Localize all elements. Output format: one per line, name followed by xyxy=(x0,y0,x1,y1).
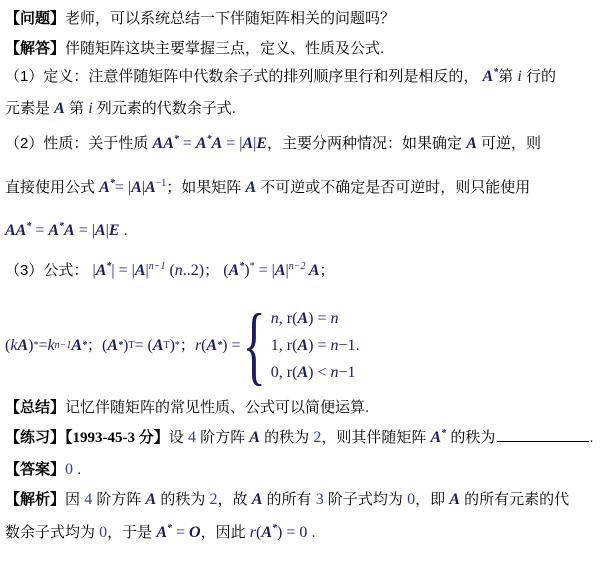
text-segment: A xyxy=(196,135,207,152)
text-segment: A xyxy=(54,100,65,117)
text-segment: ； xyxy=(320,262,335,279)
text-segment: 1993-45-3 xyxy=(73,430,139,446)
piecewise-row: 1, r(A) = n−1 xyxy=(271,333,356,359)
text-segment: 的所有 xyxy=(262,491,315,508)
text-segment: = ( xyxy=(134,335,152,357)
text-segment: −1 xyxy=(338,337,355,354)
text-segment: 【总结】 xyxy=(5,399,65,416)
text-segment: −1 xyxy=(338,364,355,381)
text-segment: ( xyxy=(165,262,174,279)
piecewise-rows: n, r(A) = n1, r(A) = n−10, r(A) < n−1 xyxy=(271,306,356,386)
text-segment: A xyxy=(297,310,308,327)
text-segment: A xyxy=(207,335,218,357)
text-segment: n−1 xyxy=(149,261,166,272)
text-segment: （1）定义：注意伴随矩阵中代数余子式的排列顺序里行和列是相反的， xyxy=(5,68,483,85)
text-segment: A xyxy=(145,179,156,196)
text-segment: ) < xyxy=(308,364,330,381)
text-segment: ； xyxy=(87,335,102,357)
text-segment: 的秩为 xyxy=(156,491,209,508)
text-segment: 因 xyxy=(65,491,84,508)
text-segment: k xyxy=(47,335,54,357)
line-formula-1: （3）公式： |A*| = |A|n−1 (n..2)； (A*)* = |A|… xyxy=(5,260,335,282)
text-segment: A xyxy=(297,364,308,381)
text-segment: 元素是 xyxy=(5,100,54,117)
text-segment: = xyxy=(172,524,189,541)
text-segment: A xyxy=(252,491,263,508)
text-segment: 记忆伴随矩阵的常见性质、公式可以简便运算. xyxy=(65,399,369,416)
text-segment: E xyxy=(256,135,267,152)
line-question: 【问题】老师，可以系统总结一下伴随矩阵相关的问题吗？ xyxy=(5,8,395,30)
text-segment: A xyxy=(96,262,107,279)
text-segment: A xyxy=(275,262,286,279)
text-segment: = xyxy=(222,135,239,152)
text-segment: = xyxy=(115,262,132,279)
text-segment: （2）性质：关于性质 xyxy=(5,135,153,152)
line-formula-2-piecewise: (kA)* = kn−1A*； (A*)T = (AT)*； r(A*) = {… xyxy=(5,306,360,386)
text-segment: A xyxy=(156,524,167,541)
text-segment: n xyxy=(330,310,338,327)
text-segment: 1, r( xyxy=(271,337,298,354)
piecewise-row: 0, r(A) < n−1 xyxy=(271,360,356,386)
text-segment: 阶子式均为 xyxy=(324,491,407,508)
line-property-1: （2）性质：关于性质 AA* = A*A = |A|E，主要分两种情况：如果确定… xyxy=(5,133,541,155)
piecewise-row: n, r(A) = n xyxy=(271,306,356,332)
text-segment: 设 xyxy=(169,429,188,446)
text-segment: 阶方阵 xyxy=(92,491,145,508)
text-segment: 列元素的代数余子式. xyxy=(93,100,236,117)
text-segment: = xyxy=(38,335,47,357)
text-segment: ) = xyxy=(308,337,330,354)
text-segment: 分】 xyxy=(139,429,169,446)
text-segment: 的所有元素的代 xyxy=(460,491,569,508)
text-segment: 0 xyxy=(65,461,73,478)
text-segment: A xyxy=(135,262,146,279)
text-segment: ；如果矩阵 xyxy=(166,179,245,196)
text-segment: A xyxy=(99,179,110,196)
line-definition-1: （1）定义：注意伴随矩阵中代数余子式的排列顺序里行和列是相反的， A*第 i 行… xyxy=(5,66,556,88)
text-segment: A xyxy=(466,135,477,152)
text-segment: = xyxy=(255,262,272,279)
text-segment: 【解析】 xyxy=(5,491,65,508)
text-segment: ，故 xyxy=(218,491,252,508)
text-segment: . xyxy=(356,335,360,357)
text-segment: A xyxy=(48,222,59,239)
text-segment: 【解答】 xyxy=(5,40,65,57)
text-segment: 4 xyxy=(188,429,196,446)
text-segment: A xyxy=(430,429,441,446)
line-definition-2: 元素是 A 第 i 列元素的代数余子式. xyxy=(5,98,236,120)
document-page: 【问题】老师，可以系统总结一下伴随矩阵相关的问题吗？ 【解答】伴随矩阵这块主要掌… xyxy=(0,0,601,564)
text-segment: ，于是 xyxy=(107,524,156,541)
text-segment: n xyxy=(271,310,279,327)
text-segment: = xyxy=(31,222,48,239)
text-segment: A xyxy=(131,179,142,196)
text-segment: A xyxy=(242,135,253,152)
text-segment: , r( xyxy=(279,310,298,327)
text-segment: O xyxy=(189,524,201,541)
text-segment: 【练习】【 xyxy=(5,429,73,446)
text-segment: 2 xyxy=(210,491,218,508)
text-segment: . xyxy=(73,461,81,478)
text-segment: 直接使用公式 xyxy=(5,179,99,196)
text-segment: ，因此 xyxy=(201,524,250,541)
text-segment: A xyxy=(212,135,223,152)
text-segment: 3 xyxy=(316,491,324,508)
text-segment: 老师，可以系统总结一下伴随矩阵相关的问题吗？ xyxy=(65,10,395,27)
text-segment: 0 xyxy=(407,491,415,508)
line-property-3: AA* = A*A = |A|E . xyxy=(5,220,128,242)
line-answer-intro: 【解答】伴随矩阵这块主要掌握三点，定义、性质及公式. xyxy=(5,38,384,60)
text-segment: 【问题】 xyxy=(5,10,65,27)
text-segment: ，即 xyxy=(415,491,449,508)
text-segment: = xyxy=(179,135,196,152)
text-segment: A xyxy=(95,222,106,239)
text-segment: = xyxy=(115,179,128,196)
text-segment: ； xyxy=(180,335,195,357)
text-segment: 第 xyxy=(498,68,517,85)
text-segment: 伴随矩阵这块主要掌握三点，定义、性质及公式. xyxy=(65,40,384,57)
text-segment: A xyxy=(245,179,256,196)
text-segment: 不可逆或不确定是否可逆时，则只能使用 xyxy=(256,179,530,196)
text-segment: AA xyxy=(153,135,174,152)
text-segment: . xyxy=(120,222,128,239)
text-segment: A xyxy=(71,335,82,357)
text-segment: ，主要分两种情况：如果确定 xyxy=(267,135,466,152)
text-segment: 【答案】 xyxy=(5,461,65,478)
line-property-2: 直接使用公式 A*= |A|A−1；如果矩阵 A 不可逆或不确定是否可逆时，则只… xyxy=(5,177,530,199)
text-segment: . xyxy=(589,429,593,446)
text-segment: A xyxy=(449,491,460,508)
text-segment: A xyxy=(153,335,164,357)
text-segment: 0, r( xyxy=(271,364,298,381)
line-summary: 【总结】记忆伴随矩阵的常见性质、公式可以简便运算. xyxy=(5,397,369,419)
text-segment: A xyxy=(17,335,28,357)
text-segment: ，则其伴随矩阵 xyxy=(321,429,430,446)
text-segment: 数余子式均为 xyxy=(5,524,99,541)
text-segment: 第 xyxy=(65,100,88,117)
text-segment: A xyxy=(146,491,157,508)
text-segment: ) = xyxy=(277,524,299,541)
text-segment: 可逆，则 xyxy=(477,135,541,152)
text-segment: A xyxy=(483,68,494,85)
text-segment: ) = xyxy=(308,310,330,327)
text-segment: 行的 xyxy=(522,68,556,85)
text-segment: E xyxy=(109,222,120,239)
line-answer: 【答案】0 . xyxy=(5,459,81,481)
text-segment: ； xyxy=(204,262,223,279)
text-segment: = xyxy=(75,222,92,239)
text-segment: A xyxy=(261,524,272,541)
line-analysis-2: 数余子式均为 0，于是 A* = O，因此 r(A*) = 0 . xyxy=(5,522,316,544)
answer-blank xyxy=(497,426,589,442)
text-segment: −1 xyxy=(156,178,167,189)
text-segment: 4 xyxy=(84,491,92,508)
line-analysis-1: 【解析】因 4 阶方阵 A 的秩为 2，故 A 的所有 3 阶子式均为 0，即 … xyxy=(5,489,569,511)
text-segment: （3）公式： xyxy=(5,262,93,279)
text-segment: 0 xyxy=(99,524,107,541)
piecewise-cases: {n, r(A) = n1, r(A) = n−10, r(A) < n−1 xyxy=(243,306,356,386)
text-segment: A xyxy=(305,262,319,279)
text-segment: A xyxy=(229,262,240,279)
text-segment: . xyxy=(307,524,315,541)
text-segment: AA xyxy=(5,222,26,239)
line-exercise: 【练习】【1993-45-3 分】设 4 阶方阵 A 的秩为 2，则其伴随矩阵 … xyxy=(5,426,594,449)
text-segment: A xyxy=(249,429,260,446)
text-segment: A xyxy=(64,222,75,239)
text-segment: 的秩为 xyxy=(260,429,313,446)
text-segment: ..2) xyxy=(183,262,204,279)
text-segment: A xyxy=(107,335,118,357)
text-segment: ) = xyxy=(222,335,240,357)
text-segment: n−2 xyxy=(289,261,306,272)
text-segment: 的秩为 xyxy=(446,429,495,446)
text-segment: n xyxy=(175,262,183,279)
text-segment: 阶方阵 xyxy=(196,429,249,446)
text-segment: A xyxy=(297,337,308,354)
